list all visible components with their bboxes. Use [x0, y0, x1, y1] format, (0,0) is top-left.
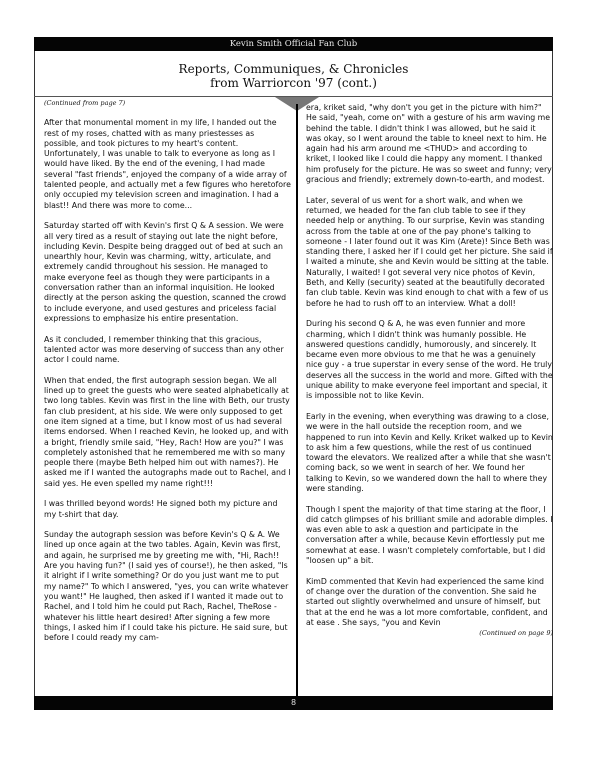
- paragraph: Saturday started off with Kevin's first …: [44, 221, 291, 324]
- paragraph: Early in the evening, when everything wa…: [306, 412, 553, 494]
- paragraph: KimD commented that Kevin had experience…: [306, 577, 553, 628]
- page-footer: 8: [34, 696, 553, 710]
- paragraph: After that monumental moment in my life,…: [44, 118, 291, 211]
- paragraph: As it concluded, I remember thinking tha…: [44, 335, 291, 366]
- continued-on-note: (Continued on page 9): [306, 628, 553, 638]
- paragraph: Sunday the autograph session was before …: [44, 530, 291, 643]
- article-title: Reports, Communiques, & Chronicles from …: [34, 51, 553, 97]
- right-column: era, kriket said, "why don't you get in …: [306, 103, 553, 649]
- title-line-2: from Warriorcon '97 (cont.): [34, 76, 553, 90]
- paragraph: Later, several of us went for a short wa…: [306, 196, 553, 309]
- title-line-1: Reports, Communiques, & Chronicles: [34, 62, 553, 76]
- paragraph: era, kriket said, "why don't you get in …: [306, 103, 553, 185]
- paragraph: I was thrilled beyond words! He signed b…: [44, 499, 291, 520]
- banner-text: Kevin Smith Official Fan Club: [230, 39, 357, 49]
- continued-from-note: (Continued from page 7): [44, 98, 291, 108]
- column-divider: [296, 104, 298, 696]
- newsletter-banner: Kevin Smith Official Fan Club: [34, 37, 553, 51]
- paragraph: During his second Q & A, he was even fun…: [306, 319, 553, 401]
- paragraph: Though I spent the majority of that time…: [306, 505, 553, 567]
- left-column: (Continued from page 7) After that monum…: [44, 98, 291, 654]
- paragraph: When that ended, the first autograph ses…: [44, 376, 291, 489]
- page-number: 8: [291, 698, 296, 707]
